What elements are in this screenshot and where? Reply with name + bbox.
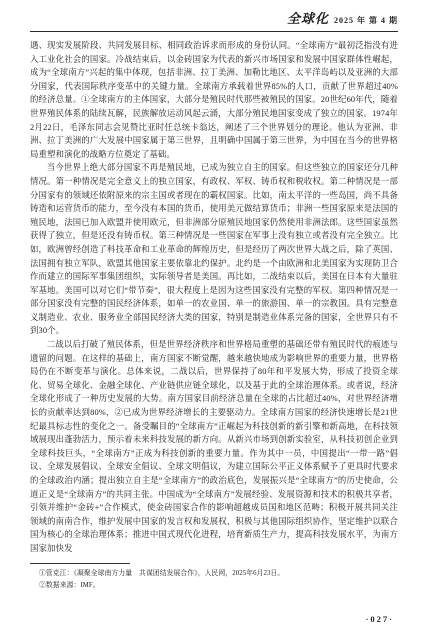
journal-title: 全球化 (287, 8, 329, 27)
paragraph-postwar-order: 二战以后打破了殖民体系，但是世界经济秩序和世界格局重塑的基础还带有殖民时代的痕迹… (30, 338, 398, 556)
issue-info: 2025 年 第 4 期 (334, 15, 398, 26)
paragraph-independence-types: 当今世界上绝大部分国家不再是殖民地，已成为独立自主的国家。但这些独立的国家还分几… (30, 161, 398, 338)
footnote-2: ②数据来源：IMF。 (39, 580, 398, 593)
page-header: 全球化 2025 年 第 4 期 (30, 8, 398, 32)
page-number: ·027· (366, 614, 394, 624)
article-body: 遇、现实发展阶段、共同发展目标、相同政治诉求而形成的身份认同。“全球南方”最初泛… (30, 39, 398, 556)
journal-page: 全球化 2025 年 第 4 期 遇、现实发展阶段、共同发展目标、相同政治诉求而… (0, 0, 427, 641)
footnote-1: ①管克江：《凝聚全球南方力量 共谋团结发展合作》，人民网，2025年6月23日。 (39, 568, 398, 581)
footnote-divider (30, 563, 130, 564)
paragraph-continuation: 遇、现实发展阶段、共同发展目标、相同政治诉求而形成的身份认同。“全球南方”最初泛… (30, 39, 398, 161)
footnotes: ①管克江：《凝聚全球南方力量 共谋团结发展合作》，人民网，2025年6月23日。… (30, 568, 398, 593)
page-content: 全球化 2025 年 第 4 期 遇、现实发展阶段、共同发展目标、相同政治诉求而… (30, 8, 398, 593)
